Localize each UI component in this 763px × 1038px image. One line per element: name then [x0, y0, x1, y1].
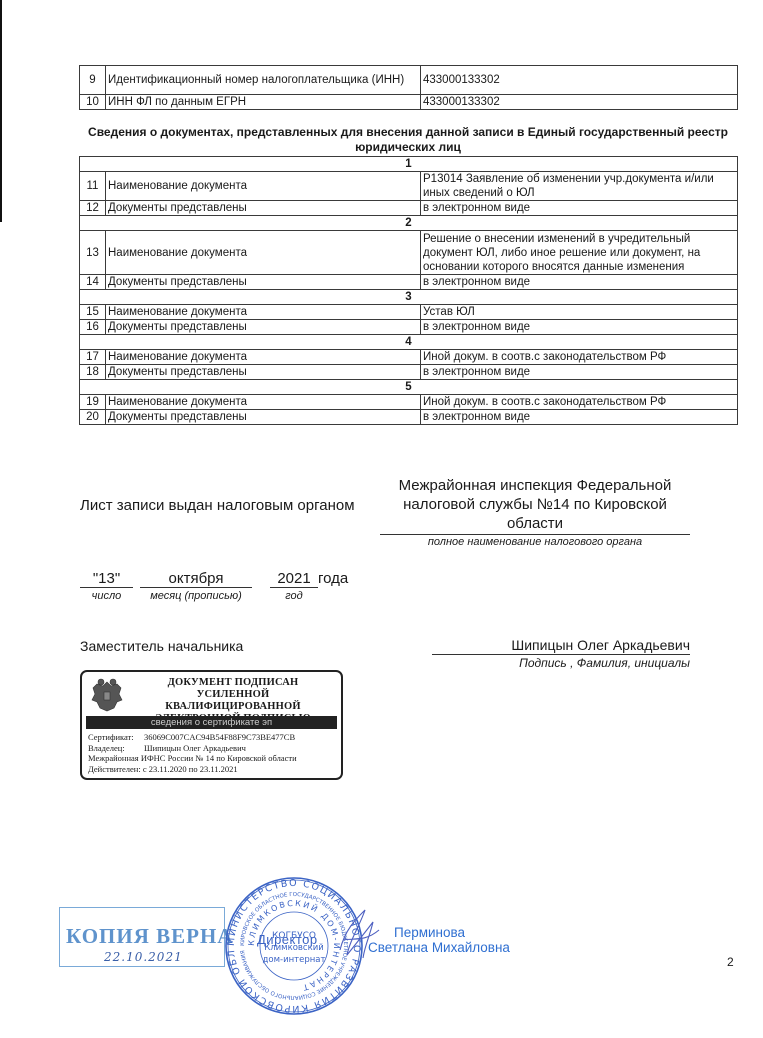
row-label: Наименование документа [106, 350, 421, 365]
group-number: 3 [80, 290, 738, 305]
row-value: в электронном виде [421, 201, 738, 216]
row-value: в электронном виде [421, 410, 738, 425]
row-value: 433000133302 [421, 66, 738, 95]
tax-authority-name: Межрайонная инспекция Федеральной налого… [380, 476, 690, 535]
certifier-given-names: Светлана Михайловна [368, 940, 510, 955]
row-number: 11 [80, 172, 106, 201]
date-year-suffix: года [318, 570, 348, 587]
electronic-signature-stamp: ДОКУМЕНТ ПОДПИСАН УСИЛЕННОЙ КВАЛИФИЦИРОВ… [80, 670, 343, 780]
row-number: 14 [80, 275, 106, 290]
esig-details: Сертификат:36069C007CAC94B54F88F9C73BE47… [88, 732, 297, 774]
table-row: 19 Наименование документа Иной докум. в … [80, 395, 738, 410]
signatory-position: Заместитель начальника [80, 638, 243, 654]
signatory-caption: Подпись , Фамилия, инициалы [432, 656, 690, 670]
row-label: Наименование документа [106, 231, 421, 275]
row-value: в электронном виде [421, 365, 738, 380]
date-day: "13" [80, 570, 133, 588]
row-number: 10 [80, 95, 106, 110]
row-value: Устав ЮЛ [421, 305, 738, 320]
row-value: Решение о внесении изменений в учредител… [421, 231, 738, 275]
table-row: 18 Документы представлены в электронном … [80, 365, 738, 380]
signatory-name: Шипицын Олег Аркадьевич [432, 636, 690, 655]
cert-label: Сертификат: [88, 732, 144, 743]
group-number: 4 [80, 335, 738, 350]
table-row: 15 Наименование документа Устав ЮЛ [80, 305, 738, 320]
cert-value: 36069C007CAC94B54F88F9C73BE477CB [144, 732, 295, 742]
tax-authority-caption: полное наименование налогового органа [380, 536, 690, 548]
issued-by-label: Лист записи выдан налоговым органом [80, 497, 355, 514]
row-value: Иной докум. в соотв.с законодательством … [421, 350, 738, 365]
group-header-row: 5 [80, 380, 738, 395]
table-row: 10 ИНН ФЛ по данным ЕГРН 433000133302 [80, 95, 738, 110]
row-label: Наименование документа [106, 305, 421, 320]
row-label: Документы представлены [106, 275, 421, 290]
row-number: 15 [80, 305, 106, 320]
row-number: 19 [80, 395, 106, 410]
scan-edge-strip [0, 0, 2, 222]
copy-certified-stamp: КОПИЯ ВЕРНА 22.10.2021 [59, 907, 225, 967]
svg-text:дом-интернат: дом-интернат [263, 955, 326, 965]
row-value: Иной докум. в соотв.с законодательством … [421, 395, 738, 410]
row-value: 433000133302 [421, 95, 738, 110]
esig-certificate-bar: сведения о сертификате эп [86, 716, 337, 729]
director-overprint: Директор [257, 932, 318, 947]
date-year-caption: год [270, 590, 318, 602]
russian-coat-of-arms-icon [87, 676, 127, 714]
copy-stamp-title: КОПИЯ ВЕРНА [66, 924, 233, 949]
row-number: 17 [80, 350, 106, 365]
documents-section-title: Сведения о документах, представленных дл… [79, 125, 737, 155]
table-row: 9 Идентификационный номер налогоплательщ… [80, 66, 738, 95]
page-number: 2 [727, 955, 734, 969]
row-label: Документы представлены [106, 320, 421, 335]
date-month-caption: месяц (прописью) [140, 590, 252, 602]
date-year: 2021 [270, 570, 318, 588]
row-label: ИНН ФЛ по данным ЕГРН [106, 95, 421, 110]
organization-value: Межрайонная ИФНС России № 14 по Кировско… [88, 753, 297, 764]
group-header-row: 4 [80, 335, 738, 350]
row-label: Документы представлены [106, 365, 421, 380]
table-row: 11 Наименование документа Р13014 Заявлен… [80, 172, 738, 201]
date-month: октября [140, 570, 252, 588]
row-number: 16 [80, 320, 106, 335]
taxpayer-id-table: 9 Идентификационный номер налогоплательщ… [79, 65, 738, 110]
row-number: 12 [80, 201, 106, 216]
date-day-caption: число [80, 590, 133, 602]
row-number: 20 [80, 410, 106, 425]
validity-label: Действителен: [88, 764, 141, 774]
row-label: Идентификационный номер налогоплательщик… [106, 66, 421, 95]
esig-title-line: ДОКУМЕНТ ПОДПИСАН [128, 677, 338, 689]
row-value: Р13014 Заявление об изменении учр.докуме… [421, 172, 738, 201]
table-row: 17 Наименование документа Иной докум. в … [80, 350, 738, 365]
owner-value: Шипицын Олег Аркадьевич [144, 743, 246, 753]
group-number: 2 [80, 216, 738, 231]
validity-value: с 23.11.2020 по 23.11.2021 [143, 764, 238, 774]
row-value: в электронном виде [421, 275, 738, 290]
table-row: 16 Документы представлены в электронном … [80, 320, 738, 335]
row-number: 13 [80, 231, 106, 275]
group-number: 5 [80, 380, 738, 395]
documents-table: 1 11 Наименование документа Р13014 Заявл… [79, 156, 738, 425]
table-row: 12 Документы представлены в электронном … [80, 201, 738, 216]
row-label: Наименование документа [106, 172, 421, 201]
table-row: 13 Наименование документа Решение о внес… [80, 231, 738, 275]
group-header-row: 1 [80, 157, 738, 172]
row-label: Документы представлены [106, 410, 421, 425]
table-row: 14 Документы представлены в электронном … [80, 275, 738, 290]
row-number: 9 [80, 66, 106, 95]
row-value: в электронном виде [421, 320, 738, 335]
row-label: Документы представлены [106, 201, 421, 216]
copy-stamp-date: 22.10.2021 [104, 950, 183, 964]
certifier-surname: Перминова [368, 925, 510, 940]
table-row: 20 Документы представлены в электронном … [80, 410, 738, 425]
group-number: 1 [80, 157, 738, 172]
esig-title-line: УСИЛЕННОЙ КВАЛИФИЦИРОВАННОЙ [128, 689, 338, 713]
certifier-name: Перминова Светлана Михайловна [368, 925, 510, 955]
group-header-row: 3 [80, 290, 738, 305]
row-number: 18 [80, 365, 106, 380]
row-label: Наименование документа [106, 395, 421, 410]
group-header-row: 2 [80, 216, 738, 231]
owner-label: Владелец: [88, 743, 144, 754]
